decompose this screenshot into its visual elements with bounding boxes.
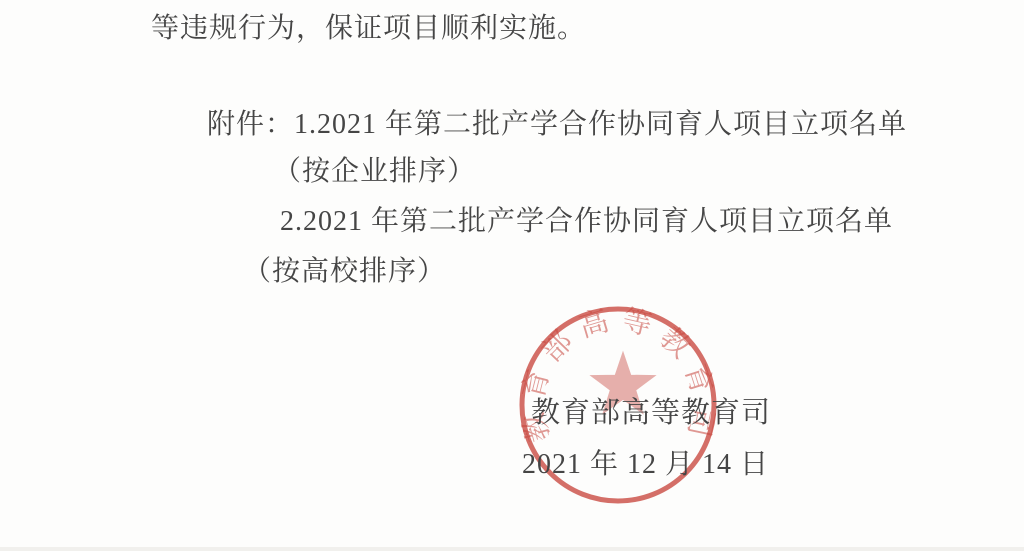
signature-date: 2021 年 12 月 14 日 <box>522 446 769 484</box>
attachment-label: 附件： <box>207 109 294 140</box>
attachment-item-1-title: 1.2021 年第二批产学合作协同育人项目立项名单 <box>294 109 907 140</box>
attachment-item-2-title: 2.2021 年第二批产学合作协同育人项目立项名单 <box>280 203 893 241</box>
document-page: 教育部高等教育司 等违规行为，保证项目顺利实施。 附件：1.2021 年第二批产… <box>0 0 1024 551</box>
scan-edge-artifact <box>0 547 1024 551</box>
closing-paragraph-line: 等违规行为，保证项目顺利实施。 <box>151 10 586 48</box>
attachment-item-1-line: 附件：1.2021 年第二批产学合作协同育人项目立项名单 <box>207 106 907 144</box>
signature-department: 教育部高等教育司 <box>531 394 771 432</box>
attachment-item-2-sort-note: （按高校排序） <box>243 253 446 291</box>
attachment-item-1-sort-note: （按企业排序） <box>273 153 476 191</box>
